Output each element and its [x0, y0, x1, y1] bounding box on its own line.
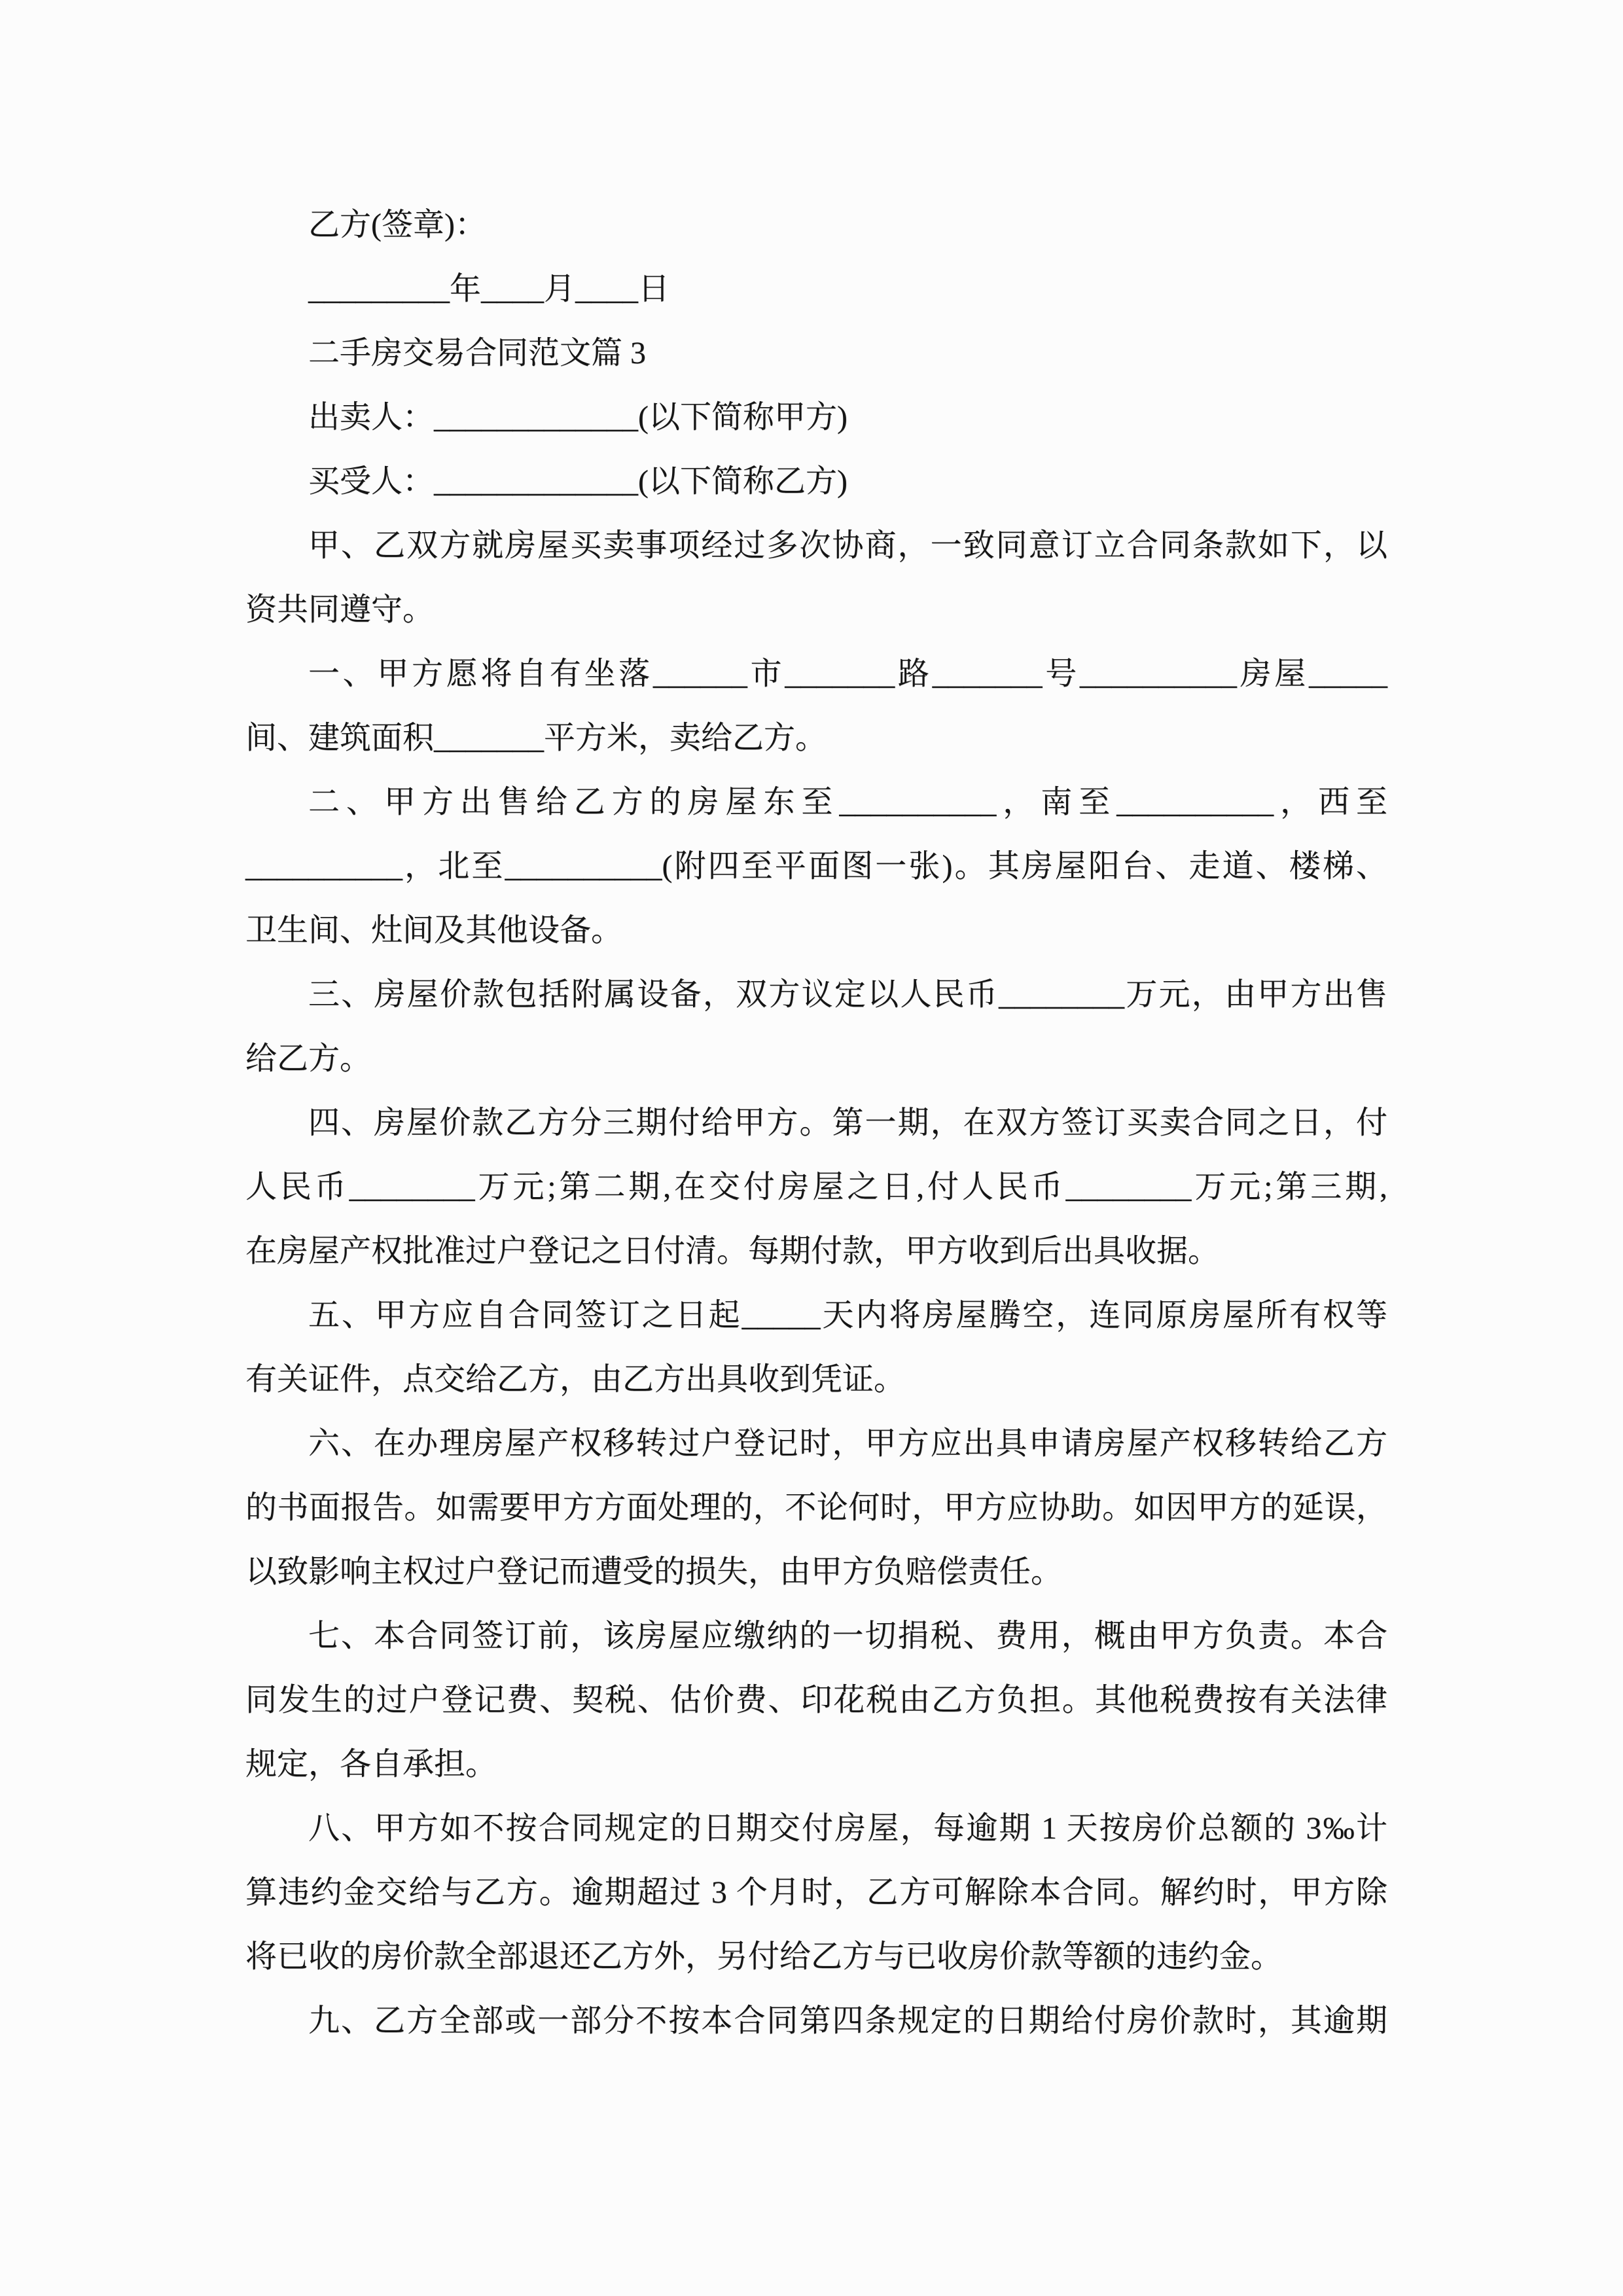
text-line: 二手房交易合同范文篇 3 — [245, 321, 1387, 386]
text-line: 将已收的房价款全部退还乙方外，另付给乙方与已收房价款等额的违约金。 — [245, 1925, 1387, 1989]
text-line: 规定，各自承担。 — [245, 1732, 1387, 1797]
text-line: 八、甲方如不按合同规定的日期交付房屋，每逾期 1 天按房价总额的 3‰计 — [245, 1797, 1387, 1861]
text-line: 五、甲方应自合同签订之日起_____天内将房屋腾空，连同原房屋所有权等 — [245, 1283, 1387, 1348]
text-line: 甲、乙双方就房屋买卖事项经过多次协商，一致同意订立合同条款如下，以 — [245, 514, 1387, 578]
text-line: 资共同遵守。 — [245, 578, 1387, 642]
text-line: 间、建筑面积_______平方米，卖给乙方。 — [245, 706, 1387, 770]
text-line: 九、乙方全部或一部分不按本合同第四条规定的日期给付房价款时，其逾期 — [245, 1989, 1387, 2053]
document-body: 乙方(签章)：_________年____月____日二手房交易合同范文篇 3出… — [245, 193, 1387, 2053]
text-line: 给乙方。 — [245, 1027, 1387, 1091]
document-page: 乙方(签章)：_________年____月____日二手房交易合同范文篇 3出… — [0, 0, 1623, 2296]
text-line: 乙方(签章)： — [245, 193, 1387, 257]
text-line: 一、甲方愿将自有坐落______市_______路_______号_______… — [245, 642, 1387, 706]
text-line: 买受人：_____________(以下简称乙方) — [245, 450, 1387, 514]
text-line: 算违约金交给与乙方。逾期超过 3 个月时，乙方可解除本合同。解约时，甲方除 — [245, 1861, 1387, 1925]
text-line: 的书面报告。如需要甲方方面处理的，不论何时，甲方应协助。如因甲方的延误， — [245, 1476, 1387, 1540]
text-line: 在房屋产权批准过户登记之日付清。每期付款，甲方收到后出具收据。 — [245, 1219, 1387, 1283]
text-line: 六、在办理房屋产权移转过户登记时，甲方应出具申请房屋产权移转给乙方 — [245, 1412, 1387, 1476]
text-line: 有关证件，点交给乙方，由乙方出具收到凭证。 — [245, 1348, 1387, 1412]
text-line: 人民币________万元;第二期,在交付房屋之日,付人民币________万元… — [245, 1155, 1387, 1219]
text-line: 四、房屋价款乙方分三期付给甲方。第一期，在双方签订买卖合同之日，付 — [245, 1091, 1387, 1155]
text-line: 七、本合同签订前，该房屋应缴纳的一切捐税、费用，概由甲方负责。本合 — [245, 1604, 1387, 1668]
text-line: 同发生的过户登记费、契税、估价费、印花税由乙方负担。其他税费按有关法律 — [245, 1668, 1387, 1732]
text-line: 二、甲方出售给乙方的房屋东至__________，南至__________，西至 — [245, 770, 1387, 834]
text-line: _________年____月____日 — [245, 257, 1387, 321]
text-line: 以致影响主权过户登记而遭受的损失，由甲方负赔偿责任。 — [245, 1540, 1387, 1604]
text-line: 出卖人：_____________(以下简称甲方) — [245, 386, 1387, 450]
text-line: 卫生间、灶间及其他设备。 — [245, 899, 1387, 963]
text-line: 三、房屋价款包括附属设备，双方议定以人民币________万元，由甲方出售 — [245, 963, 1387, 1027]
text-line: __________，北至__________(附四至平面图一张)。其房屋阳台、… — [245, 834, 1387, 899]
